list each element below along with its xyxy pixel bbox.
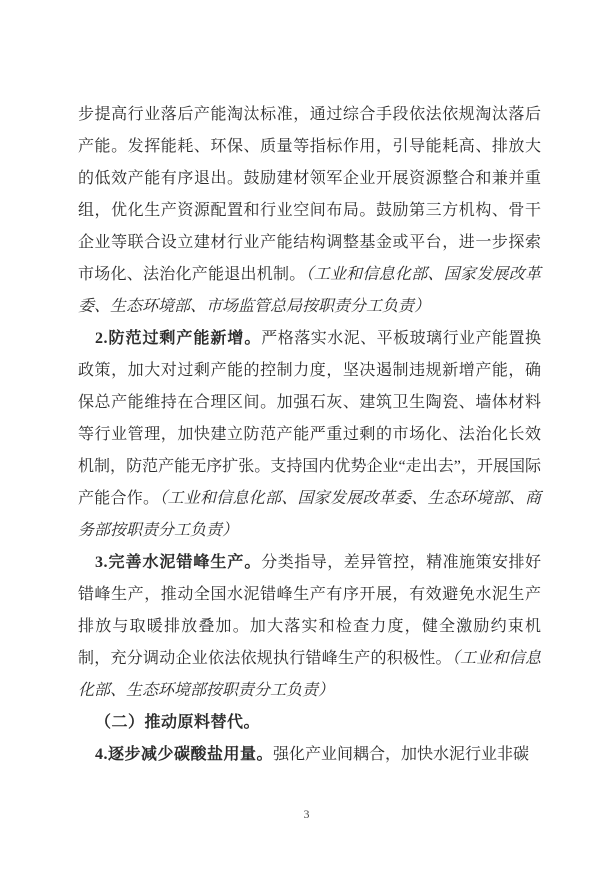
paragraph: （二）推动原料替代。 <box>78 707 541 739</box>
item-heading-4: 4.逐步减少碳酸盐用量。 <box>95 746 273 763</box>
item-heading-3: 3.完善水泥错峰生产。 <box>95 554 261 571</box>
body-text: 强化产业间耦合，加快水泥行业非碳 <box>273 746 529 763</box>
paragraph: 3.完善水泥错峰生产。分类指导，差异管控，精准施策安排好错峰生产，推动全国水泥错… <box>78 547 541 707</box>
section-heading-2: （二）推动原料替代。 <box>95 714 260 731</box>
item-heading-2: 2.防范过剩产能新增。 <box>95 330 261 347</box>
paragraph: 2.防范过剩产能新增。严格落实水泥、平板玻璃行业产能置换政策，加大对过剩产能的控… <box>78 323 541 547</box>
paragraph: 步提高行业落后产能淘汰标准，通过综合手段依法依规淘汰落后产能。发挥能耗、环保、质… <box>78 99 541 323</box>
body-text: 严格落实水泥、平板玻璃行业产能置换政策，加大对过剩产能的控制力度，坚决遏制违规新… <box>78 330 541 507</box>
paragraph: 4.逐步减少碳酸盐用量。强化产业间耦合，加快水泥行业非碳 <box>78 739 541 771</box>
page-number: 3 <box>0 806 613 822</box>
body-text-continuation: 步提高行业落后产能淘汰标准，通过综合手段依法依规淘汰落后产能。发挥能耗、环保、质… <box>78 106 541 283</box>
document-page: 步提高行业落后产能淘汰标准，通过综合手段依法依规淘汰落后产能。发挥能耗、环保、质… <box>0 0 613 870</box>
document-body: 步提高行业落后产能淘汰标准，通过综合手段依法依规淘汰落后产能。发挥能耗、环保、质… <box>78 99 541 771</box>
